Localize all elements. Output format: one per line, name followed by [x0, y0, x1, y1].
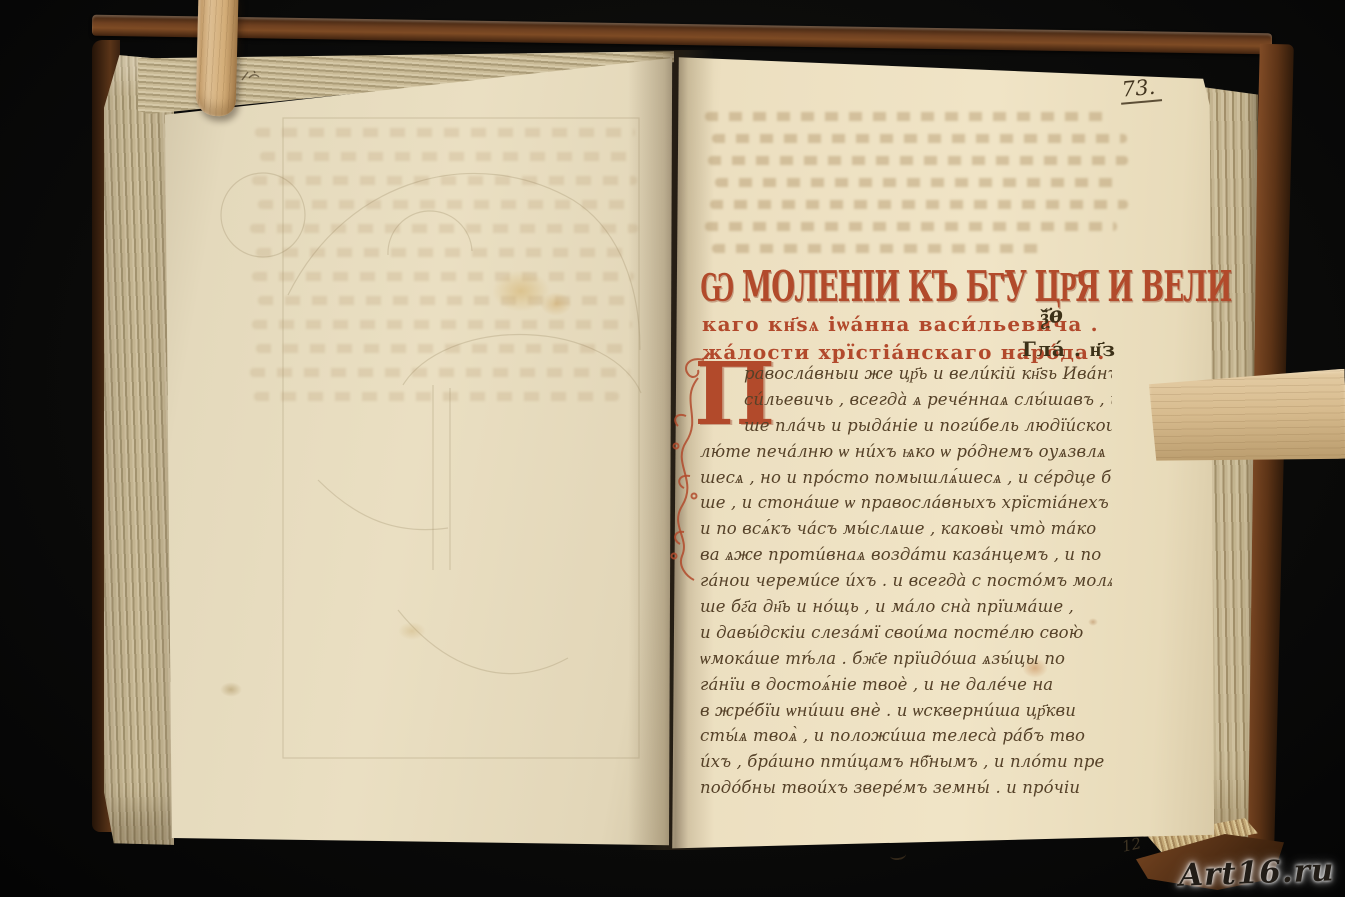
text-line: равосла́вныи же цр҃ь и вели́кій кн҃ѕь Ив… [700, 364, 1112, 390]
text-line: и давы́дскіи слеза́мї свои́ма посте́лю с… [700, 623, 1112, 649]
showthrough-row [708, 156, 1128, 165]
showthrough-row [712, 244, 1042, 253]
showthrough-row [705, 222, 1117, 231]
showthrough-row [252, 320, 632, 329]
catchword-mark [889, 849, 906, 861]
showthrough-row [258, 296, 628, 305]
text-line: шесѧ , но и про́сто помышлѧ́шесѧ , и се́… [700, 468, 1112, 494]
showthrough-row [250, 224, 638, 233]
showthrough-row [255, 128, 635, 137]
chapter-margin-note: ѯ҃ѳ [1038, 301, 1065, 331]
chapter-number: Гла́ . н҃з [1022, 337, 1116, 362]
text-line: га́нїи в достоѧ́ніе твоѐ , и не дале́че … [700, 675, 1112, 701]
showthrough-sketch [148, 50, 678, 850]
showthrough-row [258, 200, 633, 209]
text-line: ше , и стона́ше ѡ правосла́вныхъ хрїстіа… [700, 493, 1112, 519]
showthrough-row [710, 200, 1128, 209]
wooden-stick-top [196, 0, 239, 116]
text-line: ва ѧже проти́внаѧ возда́ти каза́нцемъ , … [700, 545, 1112, 571]
page-number: 73. [1119, 74, 1163, 105]
quire-number: 12 [1120, 834, 1142, 856]
showthrough-row [254, 392, 619, 401]
leather-spine-top-edge [92, 15, 1272, 55]
site-watermark: Art16.ru [1179, 852, 1336, 893]
showthrough-row [250, 368, 630, 377]
text-line: ше пла́чь и рыда́ніе и поги́бель людїи́с… [700, 416, 1112, 442]
body-text: равосла́вныи же цр҃ь и вели́кій кн҃ѕь Ив… [700, 364, 1112, 808]
manuscript-photo: 73. Ѡ МОЛЕНІИ КЪ БГ҃У ЦР҃Я И ВЕЛИ каго к… [0, 0, 1345, 897]
text-line: ѡмока́ше тѣ́ла . бж҃е прїидо́ша ѧзы́цы п… [700, 649, 1112, 675]
text-line: в жре́бїи ѡни́ши внѐ . и ѡскверни́ша цр҃… [700, 701, 1112, 727]
showthrough-row [260, 152, 630, 161]
showthrough-row [256, 344, 628, 353]
text-line: си́льевичь , всегда̀ ѧ рече́ннаѧ слы́шав… [700, 390, 1112, 416]
wooden-slat-right [1149, 369, 1345, 465]
showthrough-row [715, 178, 1120, 187]
text-line: и́хъ , бра́шно пти́цамъ нб҃нымъ , и пло́… [700, 752, 1112, 778]
showthrough-row [252, 176, 637, 185]
text-line: сты́ѧ твоѧ̀ , и положи́ша телеса̀ ра́бъ … [700, 726, 1112, 752]
text-line: и по всѧ́къ ча́съ мы́слѧше , каковы̀ что… [700, 519, 1112, 545]
showthrough-row [256, 248, 634, 257]
showthrough-row [705, 112, 1105, 121]
text-line: подо́бны твои́хъ звере́мъ земны́ . и про… [700, 778, 1112, 804]
text-line: лю́те печа́лню ѡ ни́хъ ѩко ѡ ро́днемъ оу… [700, 442, 1112, 468]
corner-ink-mark [240, 68, 262, 84]
showthrough-row [252, 272, 634, 281]
text-line: га́нои череми́се и́хъ . и всегда̀ с пост… [700, 571, 1112, 597]
text-line: ше бг҃а дн҃ь и но́щь , и ма́ло сна̀ прїи… [700, 597, 1112, 623]
showthrough-row [712, 134, 1127, 143]
